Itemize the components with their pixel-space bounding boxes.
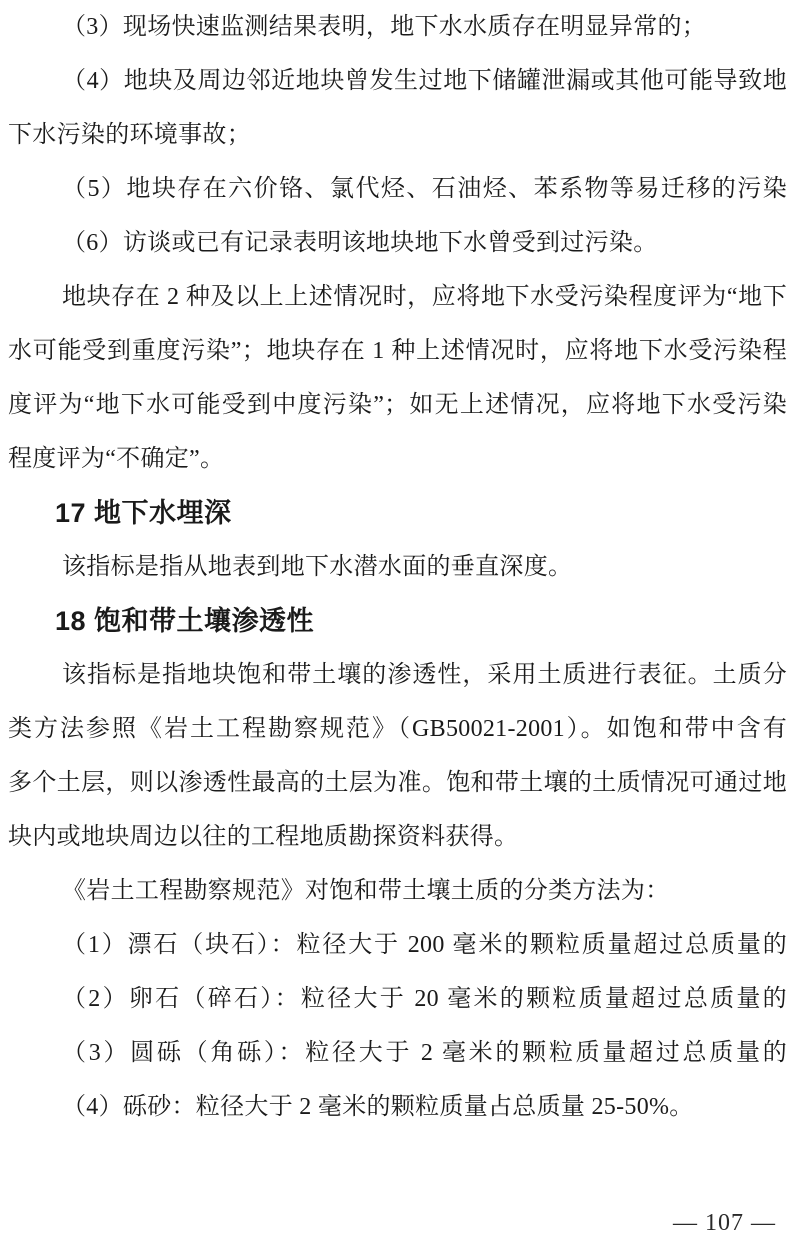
list-item-2: （2）卵石（碎石）：粒径大于 20 毫米的颗粒质量超过总质量的 50%。 [8,972,787,1026]
list-item-4: （4）砾砂：粒径大于 2 毫米的颗粒质量占总质量 25-50%。 [8,1080,787,1134]
section-18-paragraph-line-1: 该指标是指地块饱和带土壤的渗透性，采用土质进行表征。土质分 [8,648,787,702]
section-18-paragraph-line-4: 块内或地块周边以往的工程地质勘探资料获得。 [8,810,787,864]
page-number: — 107 — [673,1210,776,1237]
paragraph-item-5-line: （5）地块存在六价铬、氯代烃、石油烃、苯系物等易迁移的污染物； [8,162,787,216]
section-18-paragraph-line-3: 多个土层，则以渗透性最高的土层为准。饱和带土壤的土质情况可通过地 [8,756,787,810]
list-item-1: （1）漂石（块石）：粒径大于 200 毫米的颗粒质量超过总质量的 50%。 [8,918,787,972]
section-heading-17: 17 地下水埋深 [8,486,787,540]
section-17-paragraph-line: 该指标是指从地表到地下水潜水面的垂直深度。 [8,540,787,594]
grading-paragraph-line-1: 地块存在 2 种及以上上述情况时，应将地下水受污染程度评为“地下 [8,270,787,324]
page-body: （3）现场快速监测结果表明，地下水水质存在明显异常的； （4）地块及周边邻近地块… [8,0,787,1134]
paragraph-item-6-line: （6）访谈或已有记录表明该地块地下水曾受到过污染。 [8,216,787,270]
section-18-paragraph-line-2: 类方法参照《岩土工程勘察规范》（GB50021-2001）。如饱和带中含有 [8,702,787,756]
grading-paragraph-line-2: 水可能受到重度污染”；地块存在 1 种上述情况时，应将地下水受污染程 [8,324,787,378]
paragraph-item-3-line: （3）现场快速监测结果表明，地下水水质存在明显异常的； [8,0,787,54]
document-page: （3）现场快速监测结果表明，地下水水质存在明显异常的； （4）地块及周边邻近地块… [0,0,800,1243]
grading-paragraph-line-4: 程度评为“不确定”。 [8,432,787,486]
section-heading-18: 18 饱和带土壤渗透性 [8,594,787,648]
grading-paragraph-line-3: 度评为“地下水可能受到中度污染”；如无上述情况，应将地下水受污染 [8,378,787,432]
paragraph-item-4-line-2: 下水污染的环境事故； [8,108,787,162]
classification-intro-line: 《岩土工程勘察规范》对饱和带土壤土质的分类方法为： [8,864,787,918]
list-item-3: （3）圆砾（角砾）：粒径大于 2 毫米的颗粒质量超过总质量的 50%。 [8,1026,787,1080]
paragraph-item-4-line-1: （4）地块及周边邻近地块曾发生过地下储罐泄漏或其他可能导致地 [8,54,787,108]
